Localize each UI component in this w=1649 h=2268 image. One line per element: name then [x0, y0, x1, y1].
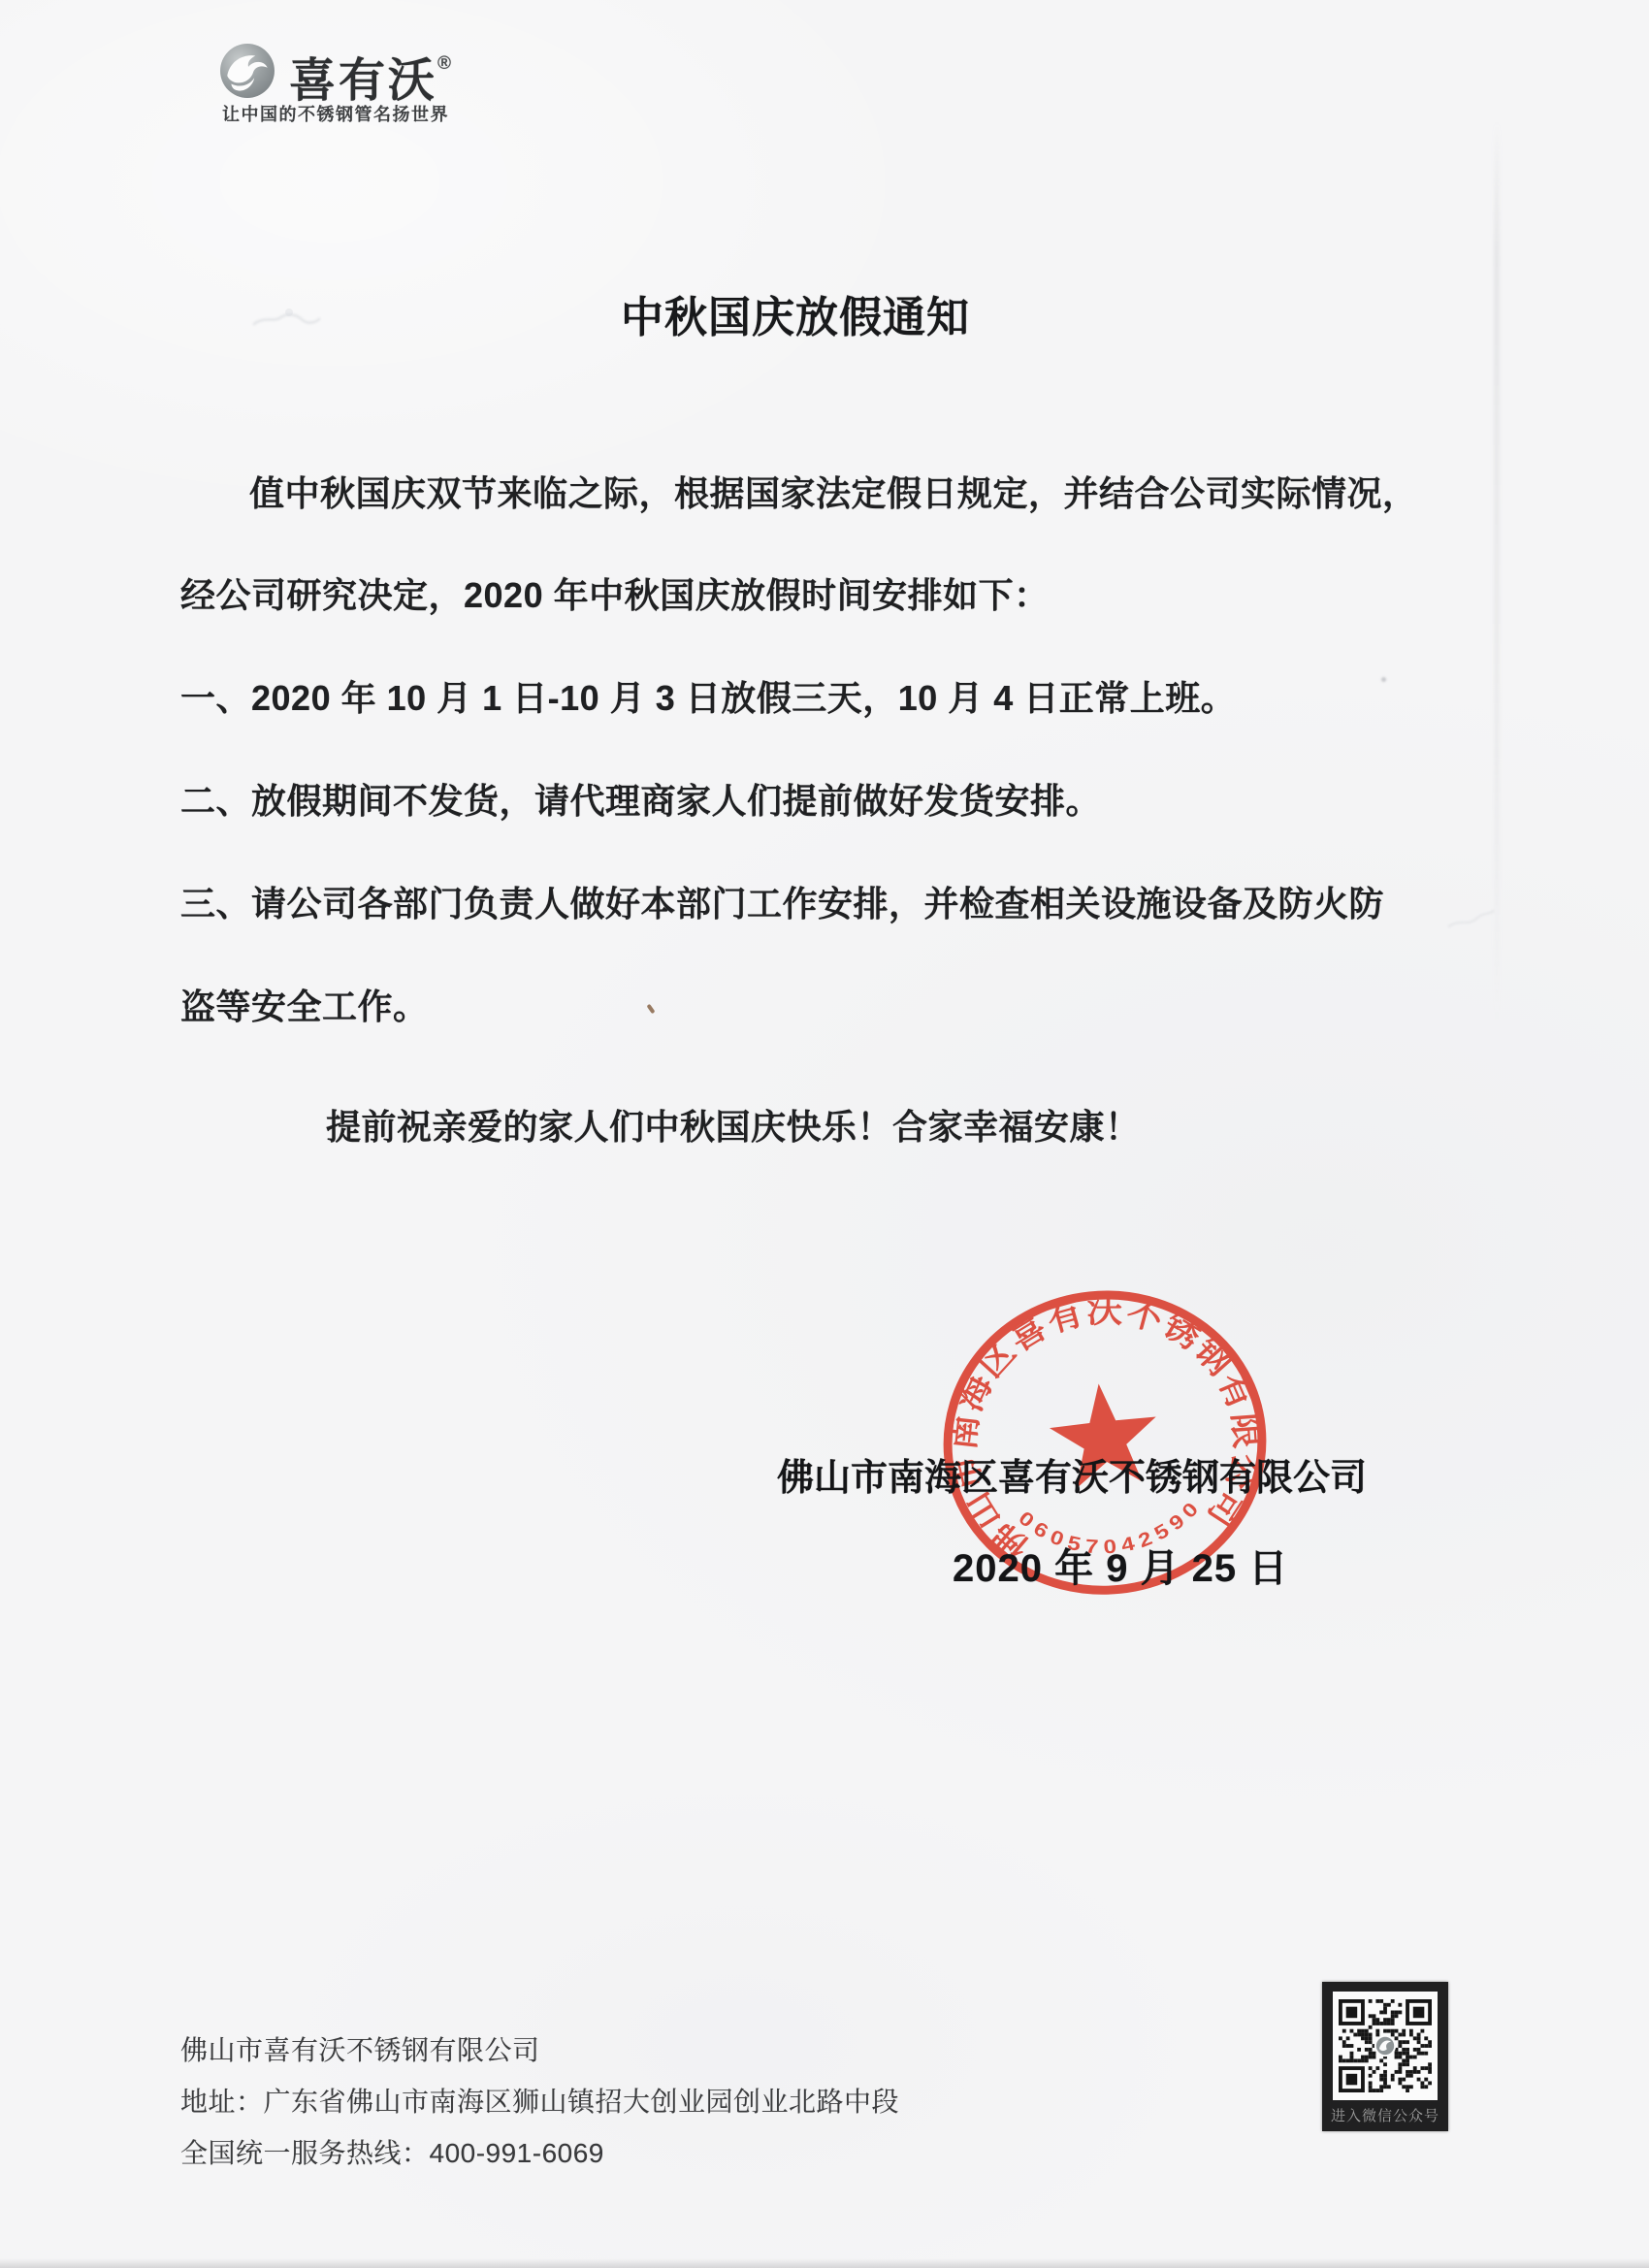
wechat-qr-frame: 进入微信公众号 [1322, 1982, 1448, 2131]
footer-address: 地址：广东省佛山市南海区狮山镇招大创业园创业北路中段 [180, 2081, 899, 2120]
notice-body-line: 二、放假期间不发货，请代理商家人们提前做好发货安排。 [180, 774, 1101, 824]
signature-date: 2020 年 9 月 25 日 [953, 1538, 1288, 1593]
swirl-bird-icon [219, 43, 275, 99]
brand-name-text: 喜有沃 [289, 55, 437, 107]
notice-body-line: 一、2020 年 10 月 1 日-10 月 3 日放假三天，10 月 4 日正… [180, 671, 1236, 721]
scan-speck [1381, 677, 1386, 682]
signature-company: 佛山市南海区喜有沃不锈钢有限公司 [777, 1447, 1367, 1501]
notice-body-line: 三、请公司各部门负责人做好本部门工作安排，并检查相关设施设备及防火防 [180, 877, 1384, 926]
brand-tagline: 让中国的不锈钢管名扬世界 [222, 101, 449, 126]
notice-body-line: 值中秋国庆双节来临之际，根据国家法定假日规定，并结合公司实际情况， [249, 467, 1418, 516]
scan-edge-shadow [0, 2258, 1649, 2268]
notice-title: 中秋国庆放假通知 [0, 282, 1591, 344]
scanned-notice-page: 喜有沃® 让中国的不锈钢管名扬世界 中秋国庆放假通知 值中秋国庆双节来临之际，根… [0, 0, 1649, 2268]
notice-body-line: 经公司研究决定，2020 年中秋国庆放假时间安排如下： [180, 568, 1050, 618]
qr-caption: 进入微信公众号 [1322, 2105, 1448, 2125]
scan-speck [646, 1004, 655, 1014]
footer-hotline: 全国统一服务热线：400-991-6069 [180, 2132, 604, 2171]
wechat-qr-code [1339, 1999, 1432, 2092]
scan-crease [1495, 121, 1499, 1023]
scan-smudge [1443, 897, 1497, 936]
notice-body-line: 盗等安全工作。 [180, 980, 429, 1029]
registered-trademark-mark: ® [437, 53, 451, 74]
notice-wish-line: 提前祝亲爱的家人们中秋国庆快乐！合家幸福安康！ [326, 1100, 1141, 1150]
footer-company: 佛山市喜有沃不锈钢有限公司 [180, 2029, 540, 2068]
qr-code-area [1333, 1992, 1438, 2100]
brand-name: 喜有沃® [289, 43, 451, 110]
